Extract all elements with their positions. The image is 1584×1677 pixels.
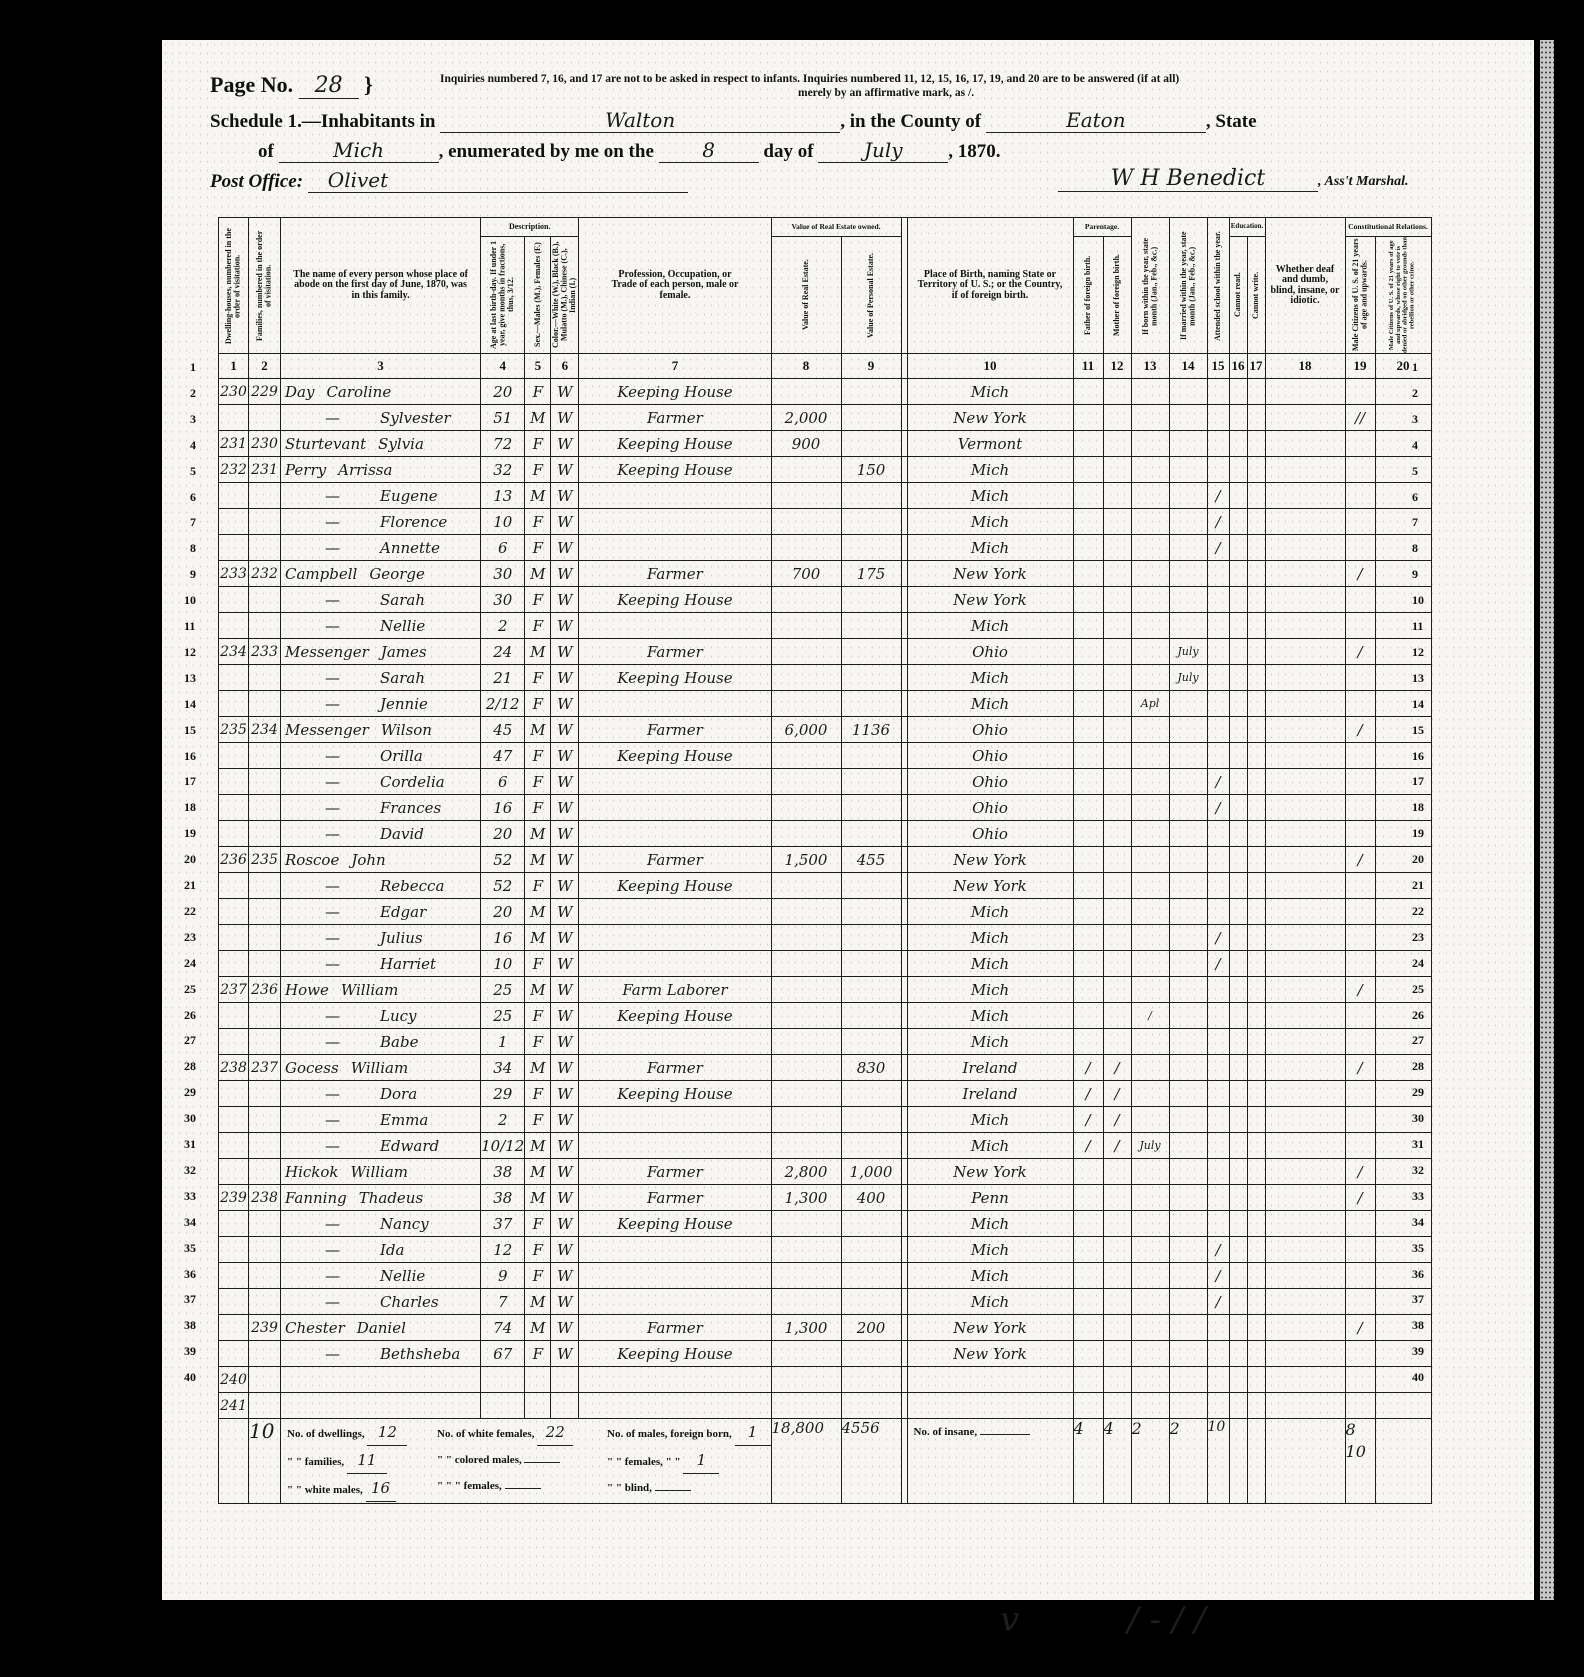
cell-age: 38 [481, 1159, 525, 1185]
cell-f14 [1169, 535, 1207, 561]
given-name: Thadeus [347, 1189, 423, 1207]
cell-f14 [1169, 1107, 1207, 1133]
cell-f16 [1229, 639, 1247, 665]
cell-sex: F [525, 1341, 551, 1367]
cell-f11 [1073, 509, 1103, 535]
cell-birth: Penn [907, 1185, 1073, 1211]
cell-f16 [1229, 509, 1247, 535]
cell-f12 [1103, 509, 1131, 535]
given-name: Nellie [340, 617, 425, 635]
person-name: —Sylvester [281, 405, 481, 431]
total-white-males: 16 [366, 1475, 396, 1502]
line-number: 30 [184, 1111, 196, 1126]
cell-dw [219, 1159, 249, 1185]
cell-f17 [1247, 1003, 1265, 1029]
cell-dw: 231 [219, 431, 249, 457]
cell-dw [219, 1289, 249, 1315]
cell-f12 [1103, 379, 1131, 405]
cell-f14 [1169, 561, 1207, 587]
total-col19: 810 [1345, 1419, 1375, 1504]
person-name: RoscoeJohn [281, 847, 481, 873]
cell-occ: Farmer [579, 1185, 771, 1211]
cell-birth: Ireland [907, 1081, 1073, 1107]
person-name: —Florence [281, 509, 481, 535]
cell-occ [579, 821, 771, 847]
cell-fam [249, 925, 281, 951]
cell-f14 [1169, 1133, 1207, 1159]
cell-color: W [551, 821, 579, 847]
surname: — [285, 409, 340, 427]
cell-f19 [1345, 1289, 1375, 1315]
cell-birth: Vermont [907, 431, 1073, 457]
cell-dw: 237 [219, 977, 249, 1003]
line-number: 25 [184, 982, 196, 997]
cell-color: W [551, 509, 579, 535]
cell-f15 [1207, 717, 1229, 743]
cell-f18 [1265, 847, 1345, 873]
cell-pe [841, 431, 901, 457]
cell-sex: F [525, 535, 551, 561]
cell-f18 [1265, 1263, 1345, 1289]
cell-f12 [1103, 1367, 1131, 1393]
cell-f16 [1229, 561, 1247, 587]
line-number: 13 [1412, 671, 1424, 686]
cell-occ [579, 1029, 771, 1055]
cell-occ: Farmer [579, 717, 771, 743]
cell-pe [841, 1237, 901, 1263]
cell-f19 [1345, 925, 1375, 951]
cell-color: W [551, 743, 579, 769]
line-number: 17 [1412, 774, 1424, 789]
cell-f18 [1265, 535, 1345, 561]
cell-occ: Farmer [579, 1159, 771, 1185]
cell-occ: Farmer [579, 1055, 771, 1081]
cell-f18 [1265, 1341, 1345, 1367]
cell-f16 [1229, 821, 1247, 847]
table-row: —Nellie2FWMich [219, 613, 1432, 639]
cell-color: W [551, 899, 579, 925]
cell-f15 [1207, 743, 1229, 769]
cell-dw: 239 [219, 1185, 249, 1211]
cell-f14 [1169, 1211, 1207, 1237]
cell-age: 10 [481, 951, 525, 977]
cell-f18 [1265, 1133, 1345, 1159]
marshal-line: W H Benedict, Ass't Marshal. [1058, 166, 1409, 192]
given-name: Wilson [369, 721, 432, 739]
cell-dw: 235 [219, 717, 249, 743]
cell-pe [841, 769, 901, 795]
cell-occ [579, 483, 771, 509]
cell-f19 [1345, 587, 1375, 613]
surname: — [285, 695, 340, 713]
table-row: 230229DayCaroline20FWKeeping HouseMich [219, 379, 1432, 405]
cell-fam [249, 1003, 281, 1029]
cell-fam [249, 1159, 281, 1185]
cell-fam: 232 [249, 561, 281, 587]
cell-occ: Keeping House [579, 457, 771, 483]
surname: — [285, 487, 340, 505]
cell-f15 [1207, 977, 1229, 1003]
cell-f14 [1169, 613, 1207, 639]
cell-fam [249, 821, 281, 847]
line-number: 20 [1412, 852, 1424, 867]
cell-color: W [551, 535, 579, 561]
total-blind [655, 1490, 691, 1491]
line-number: 40 [1412, 1370, 1424, 1385]
given-name: John [339, 851, 385, 869]
cell-birth: Mich [907, 535, 1073, 561]
cell-f20 [1375, 483, 1431, 509]
table-row: —Jennie2/12FWMichApl [219, 691, 1432, 717]
cell-age: 34 [481, 1055, 525, 1081]
person-name: MessengerWilson [281, 717, 481, 743]
adjacent-page-edge [1540, 40, 1554, 1600]
cell-pe [841, 483, 901, 509]
cell-f11 [1073, 613, 1103, 639]
cell-f19: / [1345, 977, 1375, 1003]
cell-fam [249, 1107, 281, 1133]
cell-f14 [1169, 1029, 1207, 1055]
surname: Fanning [285, 1189, 347, 1207]
line-number: 35 [184, 1241, 196, 1256]
cell-f19 [1345, 873, 1375, 899]
cell-fam [249, 405, 281, 431]
person-name: —Nellie [281, 613, 481, 639]
cell-f20 [1375, 509, 1431, 535]
cell-f14 [1169, 431, 1207, 457]
cell-age: 20 [481, 379, 525, 405]
cell-birth: Ireland [907, 1055, 1073, 1081]
marshal-label: , Ass't Marshal. [1318, 174, 1409, 189]
cell-fam [249, 535, 281, 561]
cell-pe [841, 1003, 901, 1029]
line-number: 37 [184, 1292, 196, 1307]
cell-f13 [1131, 1341, 1169, 1367]
line-number: 6 [1412, 490, 1418, 505]
given-name: Cordelia [340, 773, 445, 791]
cell-f14 [1169, 847, 1207, 873]
cell-f18 [1265, 1029, 1345, 1055]
cell-pe: 830 [841, 1055, 901, 1081]
given-name: Frances [340, 799, 441, 817]
cell-fam [249, 1289, 281, 1315]
cell-occ: Farmer [579, 561, 771, 587]
cell-occ [579, 1107, 771, 1133]
cell-f16 [1229, 665, 1247, 691]
line-number: 36 [184, 1267, 196, 1282]
given-name: George [357, 565, 425, 583]
cell-dw [219, 1107, 249, 1133]
cell-re [771, 1367, 841, 1393]
person-name: —Jennie [281, 691, 481, 717]
cell-dw: 232 [219, 457, 249, 483]
table-row: —Florence10FWMich/ [219, 509, 1432, 535]
col7-header: Profession, Occupation, or Trade of each… [579, 218, 771, 354]
line-number: 20 [184, 852, 196, 867]
cell-dw [219, 1211, 249, 1237]
cell-f13 [1131, 1367, 1169, 1393]
cell-f11 [1073, 1393, 1103, 1419]
cell-color: W [551, 769, 579, 795]
cell-f17 [1247, 1289, 1265, 1315]
table-row: 240 [219, 1367, 1432, 1393]
cell-re [771, 873, 841, 899]
surname: Chester [285, 1319, 345, 1337]
cell-birth: New York [907, 587, 1073, 613]
cell-f19 [1345, 1367, 1375, 1393]
cell-sex: F [525, 587, 551, 613]
col1-header: Dwelling-houses, numbered in the order o… [219, 218, 249, 354]
given-name: Sylvia [366, 435, 424, 453]
cell-f14: July [1169, 639, 1207, 665]
header-row-group: Dwelling-houses, numbered in the order o… [219, 218, 1432, 237]
cell-color [551, 1367, 579, 1393]
col18-header: Whether deaf and dumb, blind, insane, or… [1265, 218, 1345, 354]
cell-f18 [1265, 1289, 1345, 1315]
cell-occ [579, 795, 771, 821]
line-number: 37 [1412, 1292, 1424, 1307]
cell-f19 [1345, 1003, 1375, 1029]
cell-age: 45 [481, 717, 525, 743]
cell-sex: F [525, 795, 551, 821]
cell-color: W [551, 925, 579, 951]
cell-color: W [551, 1289, 579, 1315]
cell-color: W [551, 665, 579, 691]
cell-birth: Ohio [907, 821, 1073, 847]
cell-f18 [1265, 1003, 1345, 1029]
cell-f17 [1247, 1055, 1265, 1081]
cell-f15 [1207, 1159, 1229, 1185]
cell-age: 2 [481, 613, 525, 639]
cell-f12 [1103, 899, 1131, 925]
cell-f14 [1169, 457, 1207, 483]
cell-pe [841, 1289, 901, 1315]
cell-f18 [1265, 587, 1345, 613]
person-name [281, 1393, 481, 1419]
cell-fam [249, 1341, 281, 1367]
cell-f20 [1375, 379, 1431, 405]
line-number: 12 [184, 645, 196, 660]
cell-f18 [1265, 873, 1345, 899]
cell-f18 [1265, 379, 1345, 405]
line-number: 38 [1412, 1318, 1424, 1333]
cell-occ [579, 613, 771, 639]
cell-f16 [1229, 535, 1247, 561]
totals-row: 10 No. of dwellings, 12 " " families, 11… [219, 1419, 1432, 1504]
cell-f19 [1345, 821, 1375, 847]
cell-birth: Mich [907, 1107, 1073, 1133]
cell-f14 [1169, 1393, 1207, 1419]
line-number: 31 [1412, 1137, 1424, 1152]
cell-color: W [551, 951, 579, 977]
cell-f11 [1073, 405, 1103, 431]
parentage-header: Parentage. [1073, 218, 1131, 237]
given-name: Jennie [340, 695, 428, 713]
surname: — [285, 1345, 340, 1363]
cell-f17 [1247, 717, 1265, 743]
cell-color: W [551, 1211, 579, 1237]
table-row: —Bethsheba67FWKeeping HouseNew York [219, 1341, 1432, 1367]
table-row: —Charles7MWMich/ [219, 1289, 1432, 1315]
line-number: 5 [1412, 464, 1418, 479]
cell-dw [219, 1133, 249, 1159]
cell-f14 [1169, 1081, 1207, 1107]
cell-sex: M [525, 977, 551, 1003]
line-number: 31 [184, 1137, 196, 1152]
cell-occ: Farm Laborer [579, 977, 771, 1003]
line-number: 1 [190, 360, 196, 375]
table-row: —Annette6FWMich/ [219, 535, 1432, 561]
given-name: William [339, 1059, 409, 1077]
cell-dw [219, 691, 249, 717]
person-name: FanningThadeus [281, 1185, 481, 1211]
table-row: 233232CampbellGeorge30MWFarmer700175New … [219, 561, 1432, 587]
cell-f20 [1375, 561, 1431, 587]
cell-birth: Ohio [907, 717, 1073, 743]
cell-occ: Farmer [579, 847, 771, 873]
table-row: —Ida12FWMich/ [219, 1237, 1432, 1263]
cell-f14 [1169, 1341, 1207, 1367]
table-row: —Rebecca52FWKeeping HouseNew York [219, 873, 1432, 899]
cell-f12 [1103, 769, 1131, 795]
cell-pe: 400 [841, 1185, 901, 1211]
cell-f11 [1073, 535, 1103, 561]
cell-occ: Keeping House [579, 743, 771, 769]
total-col14: 2 [1169, 1419, 1207, 1504]
cell-age: 16 [481, 795, 525, 821]
cell-f14 [1169, 405, 1207, 431]
given-name: David [340, 825, 424, 843]
cell-occ [579, 1237, 771, 1263]
cell-f15: / [1207, 483, 1229, 509]
cell-f11: / [1073, 1081, 1103, 1107]
person-name: —Dora [281, 1081, 481, 1107]
cell-sex: F [525, 1029, 551, 1055]
cell-f15 [1207, 1003, 1229, 1029]
cell-sex: M [525, 821, 551, 847]
person-name: CampbellGeorge [281, 561, 481, 587]
total-real-estate: 18,800 [771, 1419, 841, 1504]
cell-birth: Mich [907, 509, 1073, 535]
person-name: PerryArrissa [281, 457, 481, 483]
cell-fam [249, 1211, 281, 1237]
table-row: 239ChesterDaniel74MWFarmer1,300200New Yo… [219, 1315, 1432, 1341]
line-number: 4 [1412, 438, 1418, 453]
cell-re: 1,300 [771, 1185, 841, 1211]
line-number: 13 [184, 671, 196, 686]
person-name: —Lucy [281, 1003, 481, 1029]
cell-color: W [551, 691, 579, 717]
cell-f12 [1103, 795, 1131, 821]
cell-f19 [1345, 1081, 1375, 1107]
surname: Perry [285, 461, 326, 479]
cell-sex: F [525, 379, 551, 405]
cell-f12 [1103, 431, 1131, 457]
cell-age: 24 [481, 639, 525, 665]
cell-f13 [1131, 379, 1169, 405]
cell-f12: / [1103, 1133, 1131, 1159]
cell-f16 [1229, 691, 1247, 717]
cell-f19 [1345, 743, 1375, 769]
table-row: —Sarah30FWKeeping HouseNew York [219, 587, 1432, 613]
line-number: 19 [1412, 826, 1424, 841]
year-value: , 1870. [948, 141, 1000, 162]
cell-f11 [1073, 1341, 1103, 1367]
cell-birth: Mich [907, 1289, 1073, 1315]
cell-f16 [1229, 795, 1247, 821]
total-colored-females [505, 1488, 541, 1489]
cell-f19: / [1345, 1159, 1375, 1185]
table-row: 235234MessengerWilson45MWFarmer6,0001136… [219, 717, 1432, 743]
cell-f18 [1265, 951, 1345, 977]
cell-f13: / [1131, 1003, 1169, 1029]
cell-f16 [1229, 743, 1247, 769]
cell-f15 [1207, 639, 1229, 665]
cell-f18 [1265, 431, 1345, 457]
given-name: Edgar [340, 903, 426, 921]
person-name: MessengerJames [281, 639, 481, 665]
cell-f12 [1103, 821, 1131, 847]
cell-occ [579, 1133, 771, 1159]
cell-age: 67 [481, 1341, 525, 1367]
cell-age: 74 [481, 1315, 525, 1341]
cell-re [771, 1341, 841, 1367]
cell-f11 [1073, 1315, 1103, 1341]
cell-f20 [1375, 405, 1431, 431]
cell-f12 [1103, 665, 1131, 691]
cell-occ: Farmer [579, 405, 771, 431]
cell-f15 [1207, 379, 1229, 405]
table-row: —Babe1FWMich [219, 1029, 1432, 1055]
cell-f12 [1103, 925, 1131, 951]
col16-header: Cannot read. [1229, 237, 1247, 354]
cell-re: 700 [771, 561, 841, 587]
cell-color: W [551, 613, 579, 639]
line-number: 28 [184, 1059, 196, 1074]
cell-f13 [1131, 717, 1169, 743]
enumerated-label: , enumerated by me on the [439, 141, 654, 162]
census-rows: 230229DayCaroline20FWKeeping HouseMich—S… [219, 379, 1432, 1419]
cell-f17 [1247, 535, 1265, 561]
person-name: DayCaroline [281, 379, 481, 405]
cell-f15 [1207, 899, 1229, 925]
cell-f16 [1229, 1315, 1247, 1341]
table-row: 238237GocessWilliam34MWFarmer830Ireland/… [219, 1055, 1432, 1081]
cell-re [771, 587, 841, 613]
cell-f11 [1073, 1029, 1103, 1055]
cell-f17 [1247, 509, 1265, 535]
cell-f15: / [1207, 1237, 1229, 1263]
cell-dw: 233 [219, 561, 249, 587]
cell-occ: Keeping House [579, 587, 771, 613]
total-foreign-males: 1 [735, 1419, 771, 1446]
cell-sex: M [525, 717, 551, 743]
cell-f13 [1131, 977, 1169, 1003]
col15-header: Attended school within the year. [1207, 218, 1229, 354]
cell-f12 [1103, 1211, 1131, 1237]
cell-f11: / [1073, 1107, 1103, 1133]
surname: Day [285, 383, 314, 401]
cell-occ [579, 1263, 771, 1289]
cell-color: W [551, 1003, 579, 1029]
cell-dw [219, 1341, 249, 1367]
given-name: Arrissa [326, 461, 392, 479]
cell-sex: F [525, 613, 551, 639]
cell-f13 [1131, 509, 1169, 535]
line-number: 25 [1412, 982, 1424, 997]
education-header: Education. [1229, 218, 1265, 237]
line-number: 24 [184, 956, 196, 971]
